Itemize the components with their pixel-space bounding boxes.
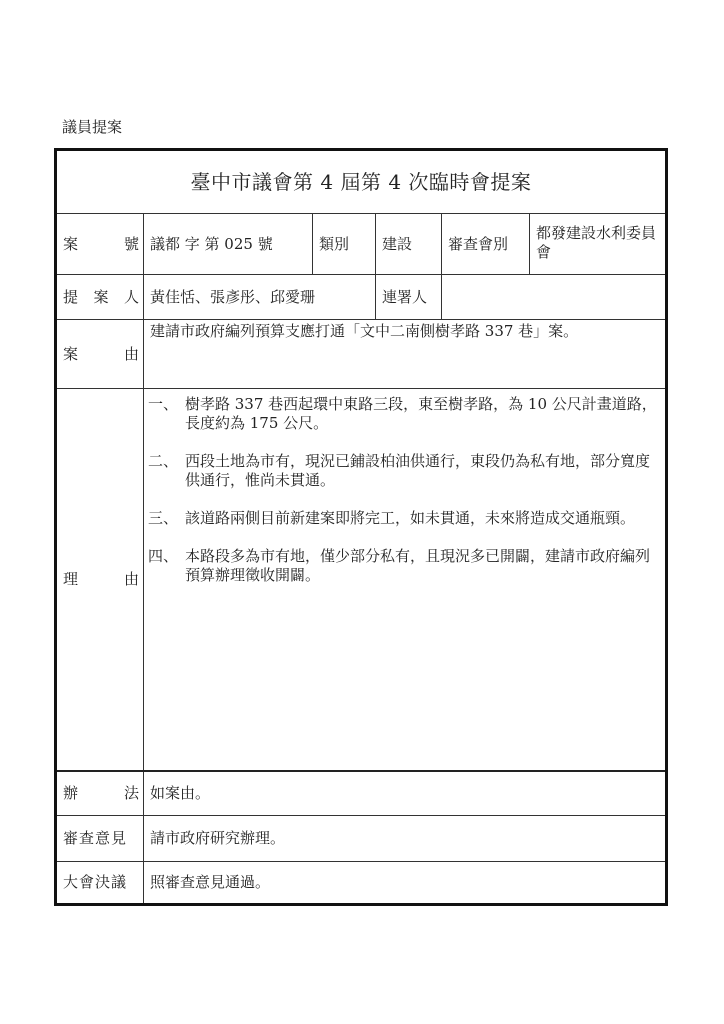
review-committee-value: 都發建設水利委員會	[530, 214, 665, 274]
reason-number: 二、	[148, 452, 185, 490]
form-title: 臺中市議會第 4 屆第 4 次臨時會提案	[57, 151, 665, 213]
cosigners-value	[442, 275, 665, 319]
label-char: 案	[63, 235, 78, 254]
assembly-resolution-label: 大會決議	[57, 862, 143, 903]
reasons-label: 理 由	[57, 389, 143, 770]
reason-text: 樹孝路 337 巷西起環中東路三段，東至樹孝路，為 10 公尺計畫道路，長度約為…	[185, 395, 659, 433]
label-char: 由	[124, 345, 139, 364]
label-char: 人	[124, 288, 139, 307]
page-label: 議員提案	[62, 116, 122, 137]
case-number-label: 案 號	[57, 214, 143, 274]
label-char: 案	[93, 288, 108, 307]
proposal-form: 臺中市議會第 4 屆第 4 次臨時會提案 案 號 議都 字 第 025 號 類別…	[54, 148, 668, 906]
review-opinion-label: 審查意見	[57, 816, 143, 861]
label-char: 理	[63, 570, 78, 589]
case-number-value: 議都 字 第 025 號	[144, 214, 312, 274]
method-value: 如案由。	[144, 772, 665, 815]
category-value: 建設	[376, 214, 441, 274]
reason-item: 二、 西段土地為市有，現況已鋪設柏油供通行，東段仍為私有地，部分寬度供通行，惟尚…	[148, 452, 659, 490]
label-char: 提	[63, 288, 78, 307]
review-opinion-value: 請市政府研究辦理。	[144, 816, 665, 861]
reason-number: 四、	[148, 547, 185, 585]
cosigners-label: 連署人	[376, 275, 441, 319]
label-char: 號	[124, 235, 139, 254]
reason-item: 三、 該道路兩側目前新建案即將完工，如未貫通，未來將造成交通瓶頸。	[148, 509, 659, 528]
method-label: 辦 法	[57, 772, 143, 815]
proposer-label: 提 案 人	[57, 275, 143, 319]
label-char: 案	[63, 345, 78, 364]
reason-number: 一、	[148, 395, 185, 433]
assembly-resolution-value: 照審查意見通過。	[144, 862, 665, 903]
label-char: 由	[124, 570, 139, 589]
reason-text: 該道路兩側目前新建案即將完工，如未貫通，未來將造成交通瓶頸。	[185, 509, 659, 528]
reason-number: 三、	[148, 509, 185, 528]
reason-text: 西段土地為市有，現況已鋪設柏油供通行，東段仍為私有地，部分寬度供通行，惟尚未貫通…	[185, 452, 659, 490]
reasons-list: 一、 樹孝路 337 巷西起環中東路三段，東至樹孝路，為 10 公尺計畫道路，長…	[144, 389, 665, 770]
subject-label: 案 由	[57, 320, 143, 388]
subject-value: 建請市政府編列預算支應打通「文中二南側樹孝路 337 巷」案。	[144, 320, 665, 388]
reason-text: 本路段多為市有地，僅少部分私有，且現況多已開闢，建請市政府編列預算辦理徵收開闢。	[185, 547, 659, 585]
review-committee-label: 審查會別	[442, 214, 529, 274]
label-char: 辦	[63, 784, 78, 803]
proposer-value: 黃佳恬、張彥彤、邱愛珊	[144, 275, 375, 319]
label-char: 法	[124, 784, 139, 803]
category-label: 類別	[313, 214, 375, 274]
reason-item: 一、 樹孝路 337 巷西起環中東路三段，東至樹孝路，為 10 公尺計畫道路，長…	[148, 395, 659, 433]
reason-item: 四、 本路段多為市有地，僅少部分私有，且現況多已開闢，建請市政府編列預算辦理徵收…	[148, 547, 659, 585]
